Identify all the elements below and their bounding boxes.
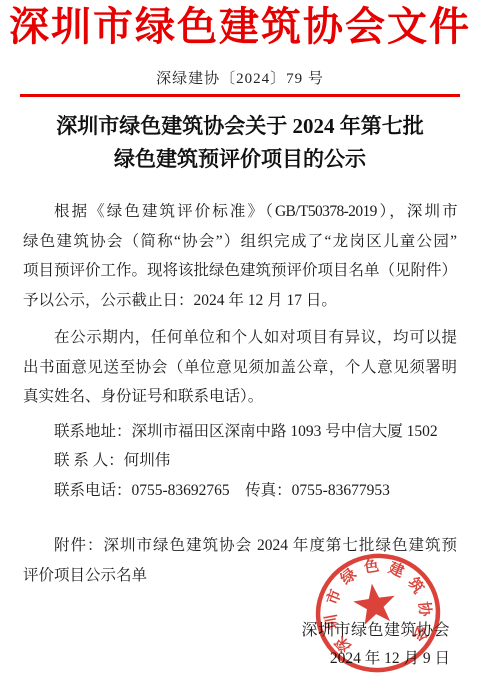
official-document-page: 深圳市绿色建筑协会文件 深绿建协〔2024〕79 号 深圳市绿色建筑协会关于 2… [0,0,480,676]
paragraph-1: 根据《绿色建筑评价标准》（GB/T50378-2019），深圳市 绿色建筑协会（… [23,197,457,315]
document-title-line-1: 深圳市绿色建筑协会关于 2024 年第七批 [0,110,480,143]
document-number: 深绿建协〔2024〕79 号 [0,69,480,89]
paragraph-line: 出书面意见送至协会（单位意见须加盖公章，个人意见须署明 [23,353,457,383]
red-divider-line [20,94,460,97]
contact-block: 联系地址：深圳市福田区深南中路 1093 号中信大厦 1502 联 系 人：何圳… [23,417,457,506]
signature-organization: 深圳市绿色建筑协会 [301,617,450,645]
paragraph-2: 在公示期内，任何单位和个人如对项目有异议，均可以提 出书面意见送至协会（单位意见… [23,323,457,412]
contact-phone: 联系电话：0755-83692765 传真：0755-83677953 [23,476,457,506]
signature-block: 深圳市绿色建筑协会 2024 年 12 月 9 日 [301,617,450,673]
signature-date: 2024 年 12 月 9 日 [301,645,450,673]
paragraph-line: 项目预评价工作。现将该批绿色建筑预评价项目名单（见附件） [23,256,457,286]
svg-text:协: 协 [415,601,433,618]
paragraph-line: 绿色建筑协会（简称“协会”）组织完成了“龙岗区儿童公园” [23,227,457,257]
attachment-note: 附件：深圳市绿色建筑协会 2024 年度第七批绿色建筑预 评价项目公示名单 [23,531,457,590]
document-banner-title: 深圳市绿色建筑协会文件 [0,3,480,51]
contact-address: 联系地址：深圳市福田区深南中路 1093 号中信大厦 1502 [23,417,457,447]
paragraph-line: 真实姓名、身份证号和联系电话）。 [23,382,457,412]
document-title-line-2: 绿色建筑预评价项目的公示 [0,143,480,176]
paragraph-line: 予以公示，公示截止日：2024 年 12 月 17 日。 [23,286,457,316]
attachment-line: 评价项目公示名单 [23,561,457,591]
attachment-line: 附件：深圳市绿色建筑协会 2024 年度第七批绿色建筑预 [23,531,457,561]
paragraph-line: 在公示期内，任何单位和个人如对项目有异议，均可以提 [23,323,457,353]
paragraph-line: 根据《绿色建筑评价标准》（GB/T50378-2019），深圳市 [23,197,457,227]
contact-person: 联 系 人：何圳伟 [23,446,457,476]
document-body: 根据《绿色建筑评价标准》（GB/T50378-2019），深圳市 绿色建筑协会（… [23,197,457,590]
document-title: 深圳市绿色建筑协会关于 2024 年第七批 绿色建筑预评价项目的公示 [0,110,480,176]
